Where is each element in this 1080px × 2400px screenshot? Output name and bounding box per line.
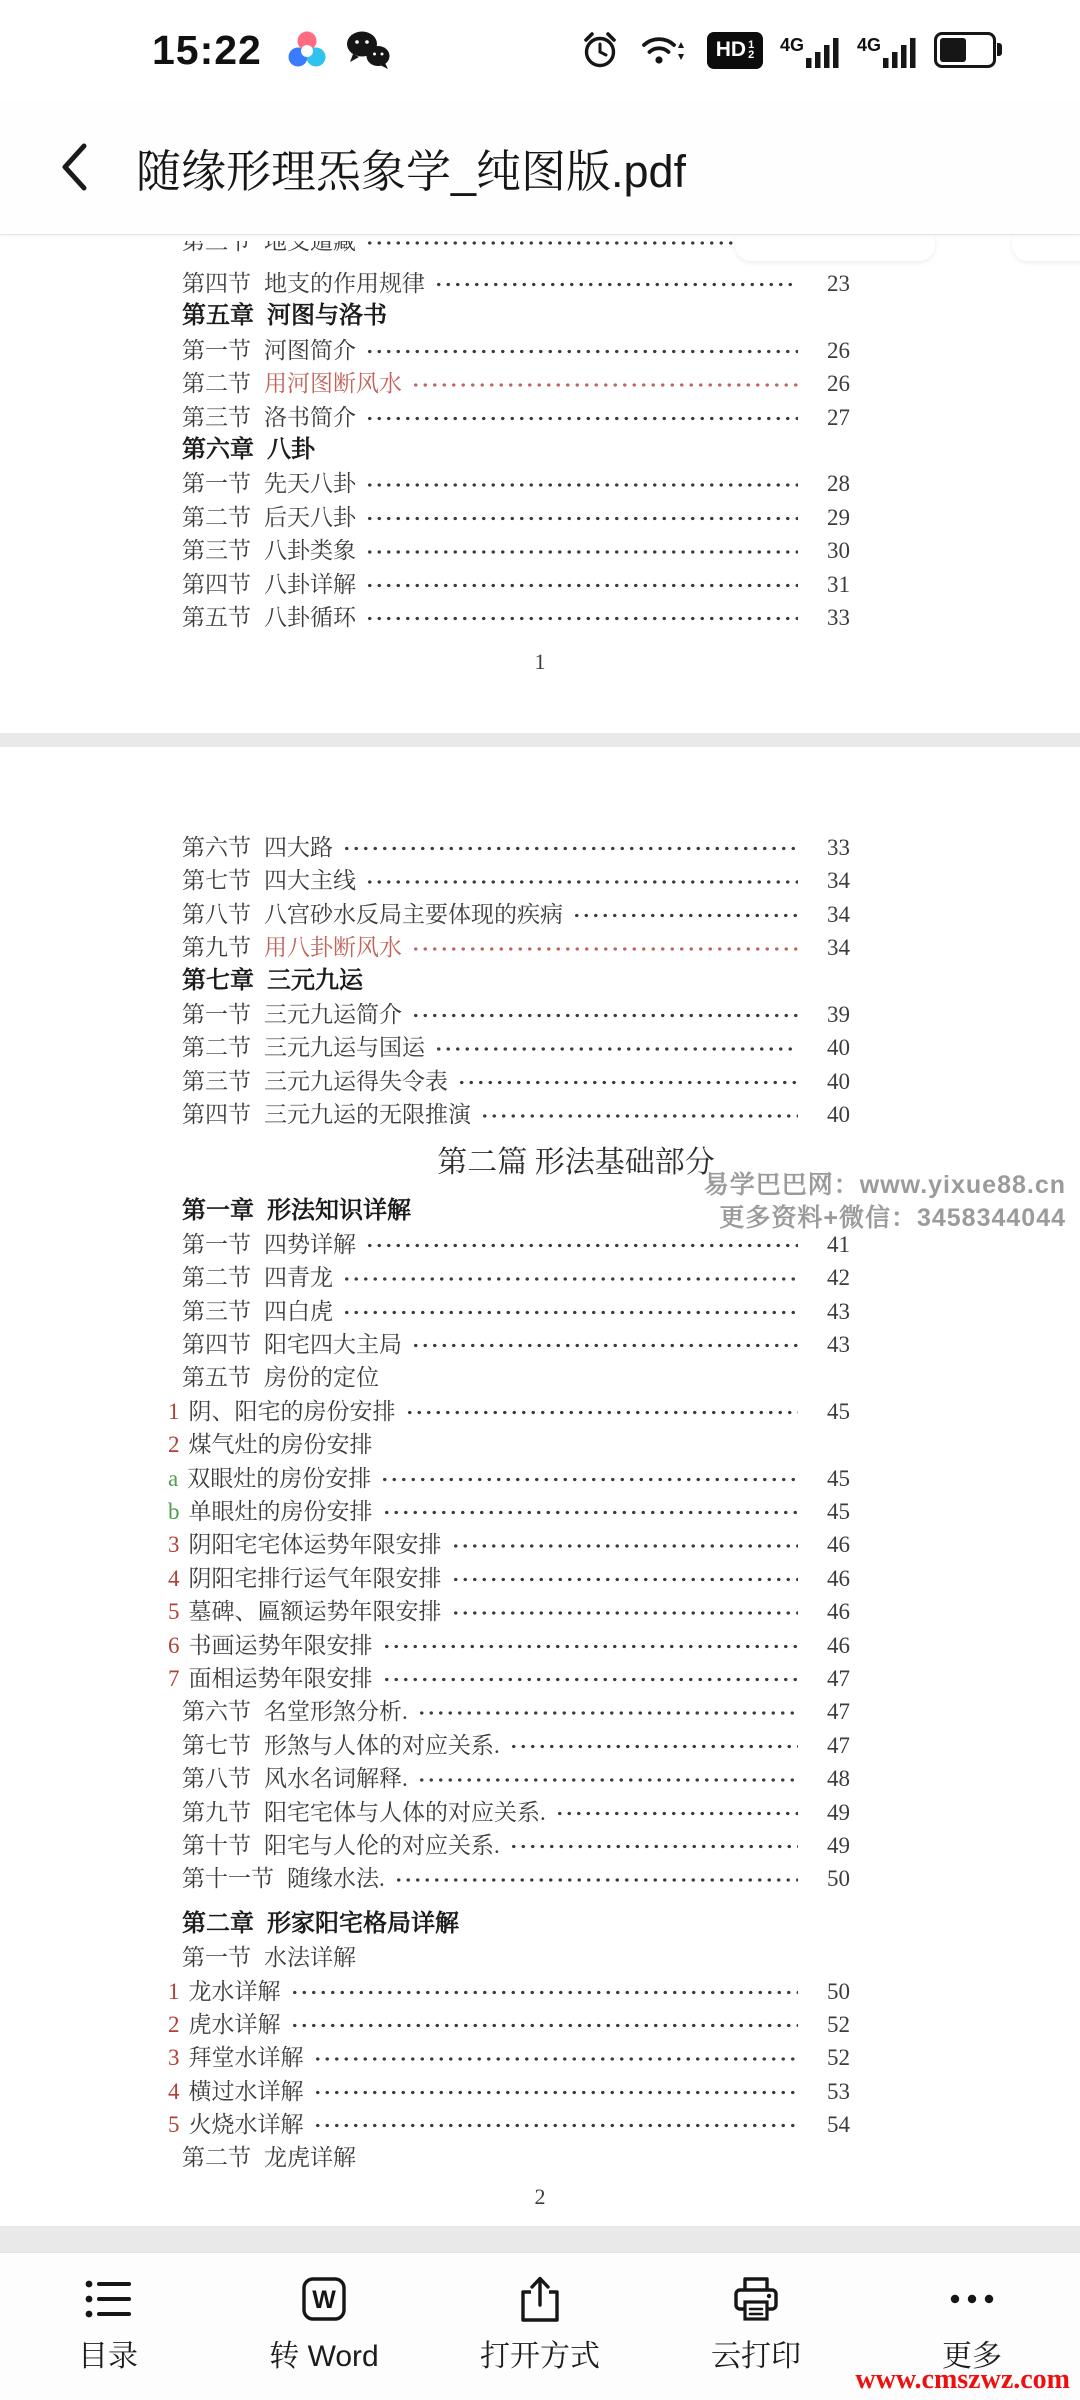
toc-entry-row: 第十节阳宅与人伦的对应关系.49 <box>182 1829 850 1862</box>
pdf-page-1: 第三节地支遁藏23第四节地支的作用规律23第五章河图与洛书第一节河图简介26第二… <box>0 235 1080 733</box>
toc-chapter-row: 第六章八卦 <box>182 434 850 467</box>
hd-volte-badge: HD 1 2 <box>707 32 763 69</box>
pdf-scroll-area[interactable]: 第三节地支遁藏23第四节地支的作用规律23第五章河图与洛书第一节河图简介26第二… <box>0 235 1080 2253</box>
app-header: 随缘形理炁象学_纯图版.pdf <box>0 100 1080 235</box>
toc-entry-label: 第七节 <box>182 1729 251 1762</box>
toc-entry-title: 四白虎 <box>264 1295 333 1328</box>
toc-entry-label: 4 <box>168 2075 180 2108</box>
toc-entry-title: 八卦详解 <box>264 568 356 601</box>
toc-entry-title: 水法详解 <box>264 1941 356 1974</box>
toc-entry-row: 第二节三元九运与国运40 <box>182 1031 850 1064</box>
toc-entry-row: 2煤气灶的房份安排 <box>168 1428 850 1461</box>
toc-entry-page-number: 52 <box>804 2041 850 2074</box>
toc-entry-row: 第七节四大主线34 <box>182 864 850 897</box>
toc-entry-title: 三元九运得失令表 <box>264 1065 448 1098</box>
toc-list-icon <box>81 2271 135 2327</box>
toc-entry-label: 第二章 <box>182 1908 254 1941</box>
dot-leader <box>290 1975 799 2008</box>
toc-button-label: 目录 <box>78 2331 138 2375</box>
status-bar: 15:22 <box>0 0 1080 100</box>
dot-leader <box>365 467 798 500</box>
toc-chapter-row: 第五章河图与洛书 <box>182 300 850 333</box>
toc-entry-label: 第二节 <box>182 367 251 400</box>
dot-leader <box>451 1595 799 1628</box>
dot-leader <box>365 401 798 434</box>
toc-entry-row: 第二节后天八卦29 <box>182 501 850 534</box>
toc-entry-row: 6书画运势年限安排46 <box>168 1629 850 1662</box>
toc-entry-title: 阴阳宅排行运气年限安排 <box>189 1562 442 1595</box>
page-number-footer: 1 <box>0 645 1080 678</box>
toc-entry-title: 墓碑、匾额运势年限安排 <box>189 1595 442 1628</box>
dot-leader <box>365 241 798 255</box>
toc-entry-title: 后天八卦 <box>264 501 356 534</box>
more-dots-icon <box>945 2271 999 2327</box>
toc-entry-title: 河图简介 <box>264 334 356 367</box>
toc-entry-row: 第一节三元九运简介39 <box>182 998 850 1031</box>
toc-entry-title: 煤气灶的房份安排 <box>189 1428 373 1461</box>
dot-leader <box>555 1796 798 1829</box>
toc-entry-page-number: 47 <box>804 1729 850 1762</box>
pdf-page-2: 第六节四大路33第七节四大主线34第八节八宫砂水反局主要体现的疾病34第九节用八… <box>0 747 1080 2226</box>
toc-entry-title: 名堂形煞分析. <box>264 1695 408 1728</box>
share-open-icon <box>513 2271 567 2327</box>
toc-entry-title: 虎水详解 <box>189 2008 281 2041</box>
document-title: 随缘形理炁象学_纯图版.pdf <box>136 135 686 200</box>
toc-entry-page-number: 28 <box>804 467 850 500</box>
convert-to-word-label: 转 Word <box>269 2331 378 2375</box>
toc-entry-title: 八卦类象 <box>264 534 356 567</box>
toc-entry-label: 第二节 <box>182 2141 251 2174</box>
toc-entry-page-number: 46 <box>804 1528 850 1561</box>
toc-entry-label: 第五节 <box>182 1361 251 1394</box>
dot-leader <box>509 1729 798 1762</box>
toc-entry-label: 第四节 <box>182 267 251 300</box>
signal-sim2-icon: 4G <box>857 32 917 68</box>
floating-overlay-pill <box>735 235 935 261</box>
toc-entry-label: 第六章 <box>182 434 254 467</box>
toc-entry-label: 第三节 <box>182 1065 251 1098</box>
toc-entry-page-number: 26 <box>804 367 850 400</box>
toc-entry-title: 三元九运 <box>267 965 363 998</box>
dot-leader <box>365 864 798 897</box>
toc-entry-page-number: 46 <box>804 1629 850 1662</box>
toc-entry-title: 阳宅四大主局 <box>264 1328 402 1361</box>
toc-entry-title: 火烧水详解 <box>189 2108 304 2141</box>
toc-entry-label: 第九节 <box>182 1796 251 1829</box>
toc-entry-row: 3阴阳宅宅体运势年限安排46 <box>168 1528 850 1561</box>
toc-entry-label: 第二节 <box>182 1261 251 1294</box>
toc-entry-title: 随缘水法. <box>287 1862 385 1895</box>
toc-entry-page-number: 33 <box>804 601 850 634</box>
dot-leader <box>411 367 798 400</box>
wechat-icon <box>344 29 392 71</box>
toc-entry-label: 第三节 <box>182 241 251 259</box>
cloud-print-label: 云打印 <box>711 2331 801 2375</box>
toc-entry-label: 第二节 <box>182 501 251 534</box>
floating-overlay-pill <box>1012 235 1080 261</box>
dot-leader <box>365 601 798 634</box>
dot-leader <box>434 267 798 300</box>
toc-entry-row: 第四节阳宅四大主局43 <box>182 1328 850 1361</box>
toc-entry-row: 2虎水详解52 <box>168 2008 850 2041</box>
toc-entry-title: 书画运势年限安排 <box>189 1629 373 1662</box>
toc-entry-title: 龙水详解 <box>189 1975 281 2008</box>
toc-entry-label: 第二节 <box>182 1031 251 1064</box>
dot-leader <box>313 2075 799 2108</box>
dot-leader <box>365 568 798 601</box>
toc-entry-title: 面相运势年限安排 <box>189 1662 373 1695</box>
toc-entry-row: b单眼灶的房份安排45 <box>168 1495 850 1528</box>
toc-entry-page-number: 45 <box>804 1395 850 1428</box>
toc-entry-page-number: 46 <box>804 1595 850 1628</box>
toc-entry-row: 第九节用八卦断风水34 <box>182 931 850 964</box>
toc-entry-row: 第八节八宫砂水反局主要体现的疾病34 <box>182 898 850 931</box>
toc-entry-page-number: 34 <box>804 898 850 931</box>
dot-leader <box>365 534 798 567</box>
dot-leader <box>313 2108 799 2141</box>
toc-entry-page-number: 45 <box>804 1495 850 1528</box>
dot-leader <box>290 2008 799 2041</box>
toc-entry-page-number: 48 <box>804 1762 850 1795</box>
toc-entry-row: 第六节四大路33 <box>182 831 850 864</box>
toc-entry-row: 4横过水详解53 <box>168 2075 850 2108</box>
toc-entry-title: 双眼灶的房份安排 <box>187 1462 371 1495</box>
toc-entry-label: 2 <box>168 1428 180 1461</box>
toc-entry-label: 3 <box>168 2041 180 2074</box>
toc-entry-page-number: 40 <box>804 1098 850 1131</box>
toc-entry-row: 第三节四白虎43 <box>182 1295 850 1328</box>
toc-entry-row: 第九节阳宅宅体与人体的对应关系.49 <box>182 1796 850 1829</box>
alarm-clock-icon <box>579 29 621 71</box>
toc-entry-row: 第五节八卦循环33 <box>182 601 850 634</box>
printer-icon <box>729 2271 783 2327</box>
dot-leader <box>480 1098 798 1131</box>
toc-entry-title: 阴、阳宅的房份安排 <box>189 1395 396 1428</box>
toc-entry-title: 形家阳宅格局详解 <box>267 1908 459 1941</box>
toc-entry-page-number: 46 <box>804 1562 850 1595</box>
toc-entry-label: 第五节 <box>182 601 251 634</box>
toc-entry-label: 第五章 <box>182 300 254 333</box>
toc-entry-label: 第七章 <box>182 965 254 998</box>
toc-button[interactable]: 目录 <box>0 2253 216 2400</box>
toc-entry-row: 第四节地支的作用规律23 <box>182 267 850 300</box>
dot-leader <box>382 1495 799 1528</box>
dot-leader <box>451 1528 799 1561</box>
toc-entry-label: 第一节 <box>182 334 251 367</box>
dot-leader <box>434 1031 798 1064</box>
dot-leader <box>405 1395 799 1428</box>
toc-entry-row: 第六节名堂形煞分析.47 <box>182 1695 850 1728</box>
toc-entry-label: 第六节 <box>182 1695 251 1728</box>
cloud-print-button[interactable]: 云打印 <box>648 2253 864 2400</box>
toc-entry-row: 1阴、阳宅的房份安排45 <box>168 1395 850 1428</box>
toc-entry-page-number: 34 <box>804 864 850 897</box>
toc-entry-label: 4 <box>168 1562 180 1595</box>
dot-leader <box>457 1065 798 1098</box>
toc-entry-title: 横过水详解 <box>189 2075 304 2108</box>
toc-entry-row: 5火烧水详解54 <box>168 2108 850 2141</box>
toc-entry-label: 第一节 <box>182 998 251 1031</box>
toc-entry-row: 1龙水详解50 <box>168 1975 850 2008</box>
toc-entry-page-number: 39 <box>804 998 850 1031</box>
toc-entry-row: 第一节先天八卦28 <box>182 467 850 500</box>
toc-entry-page-number: 43 <box>804 1295 850 1328</box>
toc-entry-title: 风水名词解释. <box>264 1762 408 1795</box>
toc-entry-title: 四大路 <box>264 831 333 864</box>
toc-entry-page-number: 49 <box>804 1829 850 1862</box>
toc-entry-page-number: 45 <box>804 1462 850 1495</box>
dot-leader <box>365 501 798 534</box>
open-with-button[interactable]: 打开方式 <box>432 2253 648 2400</box>
toc-entry-title: 四大主线 <box>264 864 356 897</box>
toc-chapter-row: 第七章三元九运 <box>182 965 850 998</box>
site-watermark: www.cmszwz.com <box>855 2364 1070 2396</box>
toc-entry-page-number: 54 <box>804 2108 850 2141</box>
toc-entry-title: 形法知识详解 <box>267 1195 411 1228</box>
toc-entry-label: 第十节 <box>182 1829 251 1862</box>
dot-leader <box>572 898 798 931</box>
toc-entry-title: 阴阳宅宅体运势年限安排 <box>189 1528 442 1561</box>
toc-entry-page-number: 50 <box>804 1862 850 1895</box>
toc-entry-label: 2 <box>168 2008 180 2041</box>
dot-leader <box>417 1762 798 1795</box>
toc-entry-label: 第九节 <box>182 931 251 964</box>
toc-entry-label: b <box>168 1495 180 1528</box>
toc-entry-title: 拜堂水详解 <box>189 2041 304 2074</box>
toc-entry-page-number: 26 <box>804 334 850 367</box>
toc-chapter-row: 第二章形家阳宅格局详解 <box>182 1908 850 1941</box>
dot-leader <box>382 1662 799 1695</box>
dot-leader <box>411 931 798 964</box>
toc-entry-row: 5墓碑、匾额运势年限安排46 <box>168 1595 850 1628</box>
toc-entry-label: 第三节 <box>182 401 251 434</box>
toc-entry-row: 第四节三元九运的无限推演40 <box>182 1098 850 1131</box>
toc-entry-row: 第五节房份的定位 <box>182 1361 850 1394</box>
toc-entry-label: 第一节 <box>182 1941 251 1974</box>
toc-entry-label: 第三节 <box>182 1295 251 1328</box>
svg-text:W: W <box>312 2286 336 2314</box>
toc-entry-page-number: 23 <box>804 267 850 300</box>
toc-entry-page-number: 40 <box>804 1031 850 1064</box>
toc-entry-page-number: 43 <box>804 1328 850 1361</box>
dot-leader <box>394 1862 798 1895</box>
toc-entry-page-number: 42 <box>804 1261 850 1294</box>
toc-entry-label: 第十一节 <box>182 1862 274 1895</box>
toc-entry-title: 单眼灶的房份安排 <box>189 1495 373 1528</box>
toc-entry-title: 用八卦断风水 <box>264 931 402 964</box>
toc-entry-row: 7面相运势年限安排47 <box>168 1662 850 1695</box>
toc-entry-row: 第三节三元九运得失令表40 <box>182 1065 850 1098</box>
dot-leader <box>382 1629 799 1662</box>
toc-entry-row: 3拜堂水详解52 <box>168 2041 850 2074</box>
toc-entry-label: 第一节 <box>182 1228 251 1261</box>
toc-entry-title: 三元九运简介 <box>264 998 402 1031</box>
back-button[interactable] <box>58 141 92 193</box>
toc-entry-row: 4阴阳宅排行运气年限安排46 <box>168 1562 850 1595</box>
toc-entry-page-number: 33 <box>804 831 850 864</box>
dot-leader <box>342 1295 798 1328</box>
toc-entry-page-number: 40 <box>804 1065 850 1098</box>
toc-entry-page-number: 53 <box>804 2075 850 2108</box>
toc-entry-label: 第四节 <box>182 1098 251 1131</box>
dot-leader <box>417 1695 798 1728</box>
toc-entry-page-number: 50 <box>804 1975 850 2008</box>
toc-entry-title: 龙虎详解 <box>264 2141 356 2174</box>
dot-leader <box>411 1328 798 1361</box>
signal-sim1-icon: 4G <box>780 32 840 68</box>
toc-entry-label: 1 <box>168 1395 180 1428</box>
toc-entry-page-number: 29 <box>804 501 850 534</box>
toc-entry-row: 第一节河图简介26 <box>182 334 850 367</box>
toc-entry-label: 第八节 <box>182 1762 251 1795</box>
convert-to-word-button[interactable]: W 转 Word <box>216 2253 432 2400</box>
toc-entry-label: 第六节 <box>182 831 251 864</box>
dot-leader <box>451 1562 799 1595</box>
toc-entry-row: 第二节四青龙42 <box>182 1261 850 1294</box>
toc-entry-title: 四势详解 <box>264 1228 356 1261</box>
toc-entry-title: 洛书简介 <box>264 401 356 434</box>
toc-entry-label: 第四节 <box>182 568 251 601</box>
battery-icon <box>934 32 996 68</box>
toc-entry-page-number: 47 <box>804 1695 850 1728</box>
toc-entry-title: 三元九运的无限推演 <box>264 1098 471 1131</box>
toc-entry-page-number: 47 <box>804 1662 850 1695</box>
toc-entry-title: 八卦循环 <box>264 601 356 634</box>
toc-entry-label: 第三节 <box>182 534 251 567</box>
toc-entry-row: 第七节形煞与人体的对应关系.47 <box>182 1729 850 1762</box>
toc-entry-label: 5 <box>168 1595 180 1628</box>
toc-entry-row: 第一节水法详解 <box>182 1941 850 1974</box>
dot-leader <box>342 1261 798 1294</box>
toc-entry-row: 第三节洛书简介27 <box>182 401 850 434</box>
toc-entry-title: 形煞与人体的对应关系. <box>264 1729 500 1762</box>
toc-entry-title: 阳宅与人伦的对应关系. <box>264 1829 500 1862</box>
toc-entry-label: 第一章 <box>182 1195 254 1228</box>
toc-entry-label: 6 <box>168 1629 180 1662</box>
toc-entry-page-number: 52 <box>804 2008 850 2041</box>
toc-entry-label: 1 <box>168 1975 180 2008</box>
dot-leader <box>380 1462 798 1495</box>
toc-entry-page-number: 34 <box>804 931 850 964</box>
toc-entry-title: 地支遁藏 <box>264 241 356 259</box>
toc-entry-label: 第八节 <box>182 898 251 931</box>
app-notification-icon <box>284 28 330 72</box>
toc-entry-row: 第十一节随缘水法.50 <box>182 1862 850 1895</box>
dot-leader <box>342 831 798 864</box>
toc-entry-title: 河图与洛书 <box>267 300 387 333</box>
seller-watermark: 易学巴巴网：www.yixue88.cn 更多资料+微信：3458344044 <box>704 1169 1066 1235</box>
toc-entry-row: a双眼灶的房份安排45 <box>168 1462 850 1495</box>
dot-leader <box>313 2041 799 2074</box>
toc-entry-page-number: 49 <box>804 1796 850 1829</box>
toc-entry-label: 5 <box>168 2108 180 2141</box>
toc-entry-title: 四青龙 <box>264 1261 333 1294</box>
toc-entry-row: 第三节八卦类象30 <box>182 534 850 567</box>
toc-entry-label: 第一节 <box>182 467 251 500</box>
toc-entry-row: 第八节风水名词解释.48 <box>182 1762 850 1795</box>
clock-time: 15:22 <box>152 27 262 74</box>
toc-entry-title: 用河图断风水 <box>264 367 402 400</box>
toc-entry-page-number: 27 <box>804 401 850 434</box>
word-document-icon: W <box>297 2271 351 2327</box>
toc-entry-title: 阳宅宅体与人体的对应关系. <box>264 1796 546 1829</box>
toc-entry-label: 3 <box>168 1528 180 1561</box>
dot-leader <box>411 998 798 1031</box>
toc-entry-title: 房份的定位 <box>264 1361 379 1394</box>
toc-entry-label: 7 <box>168 1662 180 1695</box>
toc-entry-title: 八宫砂水反局主要体现的疾病 <box>264 898 563 931</box>
toc-entry-row: 第二节龙虎详解 <box>182 2141 850 2174</box>
open-with-label: 打开方式 <box>480 2331 600 2375</box>
toc-entry-title: 先天八卦 <box>264 467 356 500</box>
toc-entry-title: 地支的作用规律 <box>264 267 425 300</box>
toc-entry-page-number: 31 <box>804 568 850 601</box>
dot-leader <box>509 1829 798 1862</box>
page-number-footer: 2 <box>0 2180 1080 2213</box>
toc-entry-title: 八卦 <box>267 434 315 467</box>
dot-leader <box>365 334 798 367</box>
toc-entry-label: 第四节 <box>182 1328 251 1361</box>
wifi-icon <box>638 30 690 70</box>
toc-entry-label: 第七节 <box>182 864 251 897</box>
toc-entry-label: a <box>168 1462 178 1495</box>
toc-entry-title: 三元九运与国运 <box>264 1031 425 1064</box>
toc-entry-page-number: 30 <box>804 534 850 567</box>
toc-entry-row: 第四节八卦详解31 <box>182 568 850 601</box>
toc-entry-row: 第二节用河图断风水26 <box>182 367 850 400</box>
